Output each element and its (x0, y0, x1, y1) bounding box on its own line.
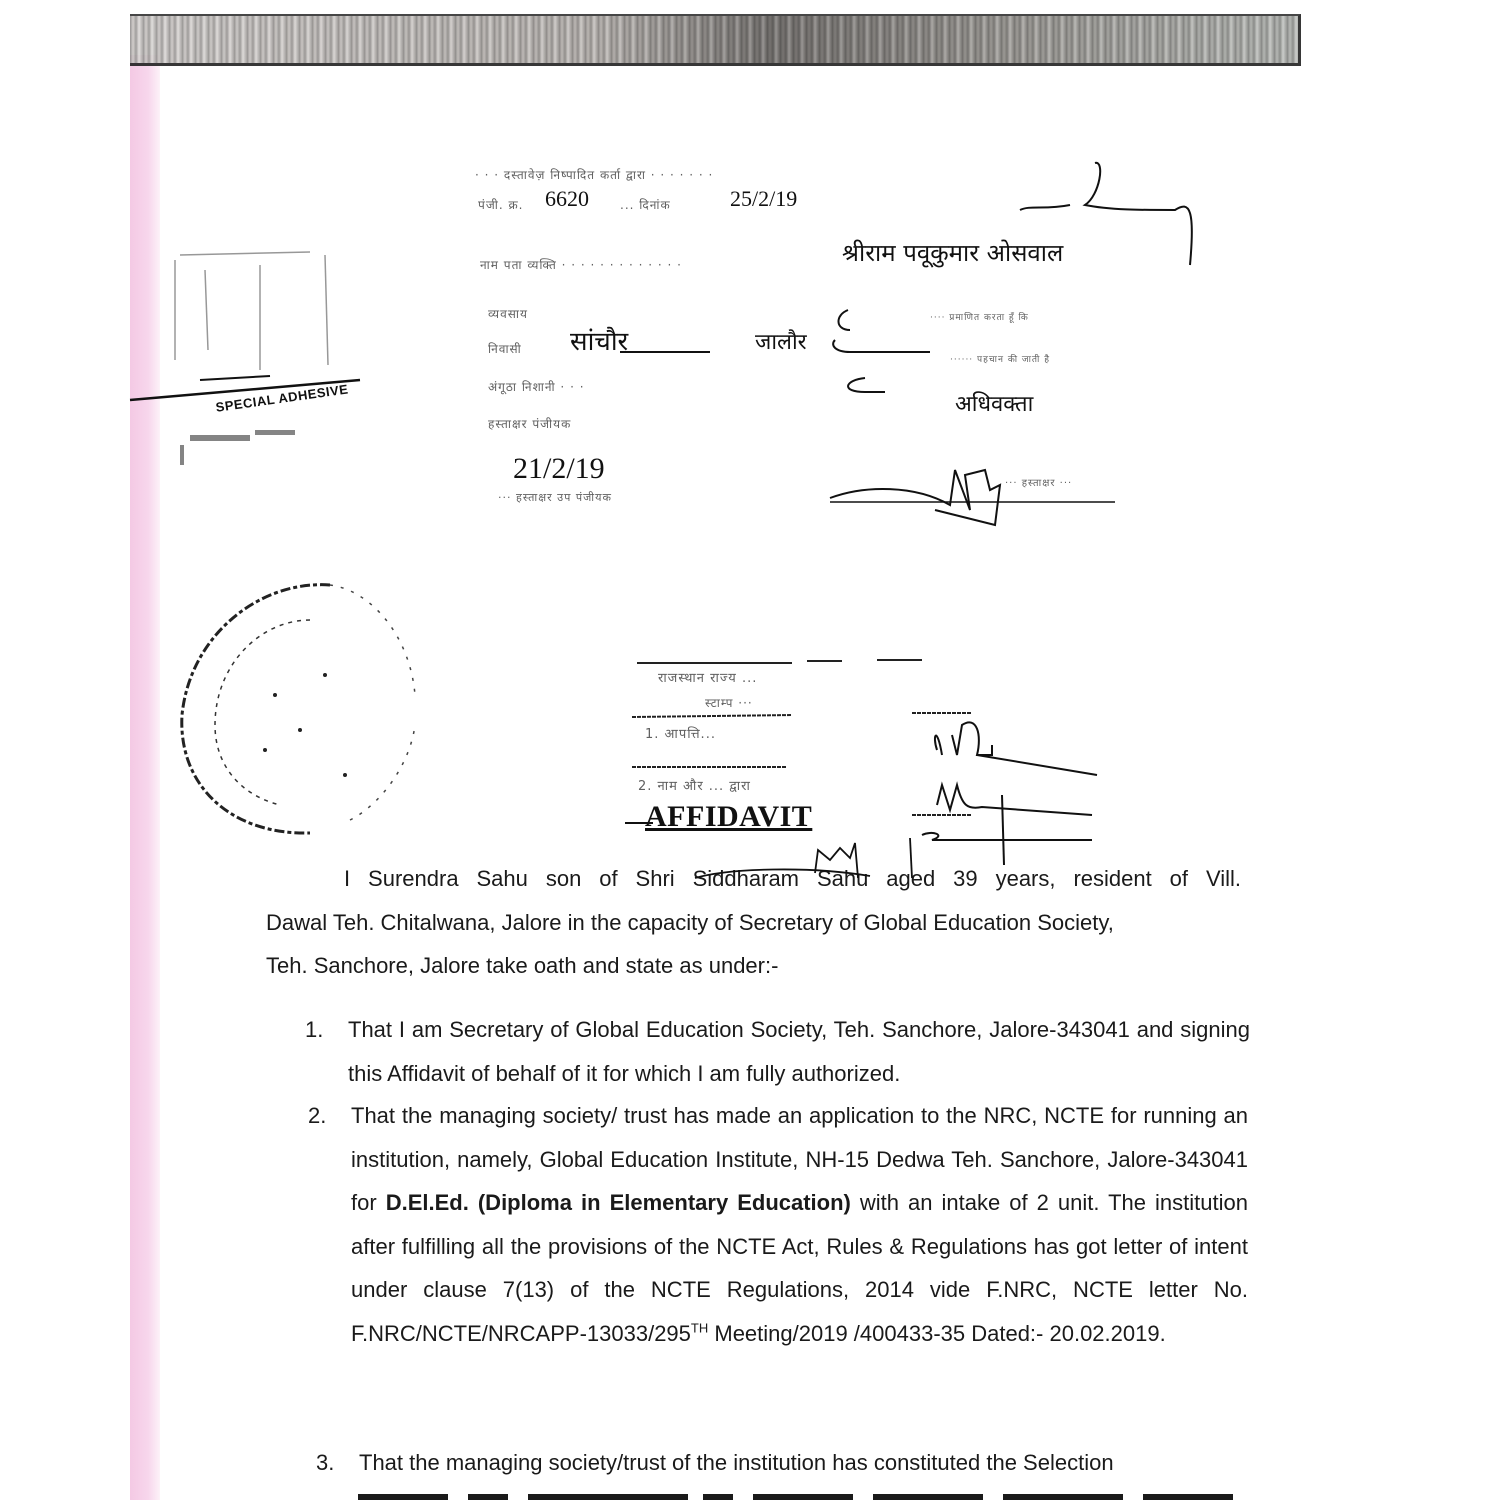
registration-line-2: पंजी. क्र. (478, 196, 524, 213)
intro-line-3: Teh. Sanchore, Jalore take oath and stat… (266, 944, 1241, 988)
registration-stamp-item-2: 2. नाम और ... द्वारा (638, 776, 751, 794)
clause-text: That I am Secretary of Global Education … (348, 1008, 1250, 1095)
stamp-paper-edge (130, 55, 160, 1500)
registration-stamp-subheader: स्टाम्प ··· (705, 694, 753, 711)
registration-footer: ··· हस्ताक्षर उप पंजीयक (498, 490, 612, 505)
registration-note-2: ······ पहचान की जाती है (950, 352, 1050, 365)
intro-line-2: Dawal Teh. Chitalwana, Jalore in the cap… (266, 901, 1241, 945)
registration-stamp-header: राजस्थान राज्य ... (658, 668, 757, 686)
program-name: D.El.Ed. (Diploma in Elementary Educatio… (386, 1190, 851, 1215)
affidavit-clause-3: 3. That the managing society/trust of th… (316, 1441, 1251, 1485)
clause-number: 3. (316, 1441, 359, 1485)
clause-number: 1. (305, 1008, 348, 1095)
registration-line-6: अंगूठा निशानी · · · (488, 378, 585, 395)
registration-date: 25/2/19 (730, 186, 797, 212)
affidavit-title: AFFIDAVIT (645, 800, 812, 834)
notary-round-seal (170, 575, 420, 840)
signature-over-name (690, 838, 950, 888)
clause-text: That the managing society/ trust has mad… (351, 1094, 1248, 1355)
cut-off-next-line (358, 1490, 1258, 1500)
registration-date-label: ... दिनांक (620, 196, 671, 213)
handwriting-mark (830, 370, 930, 410)
handwritten-place-2: जालौर (755, 326, 807, 356)
ordinal-suffix: TH (691, 1320, 708, 1335)
registration-line-3: नाम पता व्यक्ति · · · · · · · · · · · · … (480, 256, 682, 273)
stamp-paper-header-band (130, 14, 1301, 66)
registration-line-5: निवासी (488, 340, 522, 357)
handwritten-number: 21/2/19 (513, 452, 605, 486)
registration-note-1: ···· प्रमाणित करता हूँ कि (930, 310, 1029, 323)
revenue-stamp-mark (160, 240, 360, 470)
registration-footer-right: ··· हस्ताक्षर ··· (1005, 475, 1072, 489)
title-strike-mark (625, 820, 655, 826)
clause-number: 2. (308, 1094, 351, 1355)
handwriting-underlines (560, 300, 1160, 360)
clause-text-part: Meeting/2019 /400433-35 Dated:- 20.02.20… (708, 1321, 1165, 1346)
affidavit-clause-2: 2. That the managing society/ trust has … (308, 1094, 1248, 1355)
clause-text: That the managing society/trust of the i… (359, 1441, 1251, 1485)
registration-line-7: हस्ताक्षर पंजीयक (488, 415, 571, 432)
signature-stroke-top (1000, 155, 1210, 275)
affidavit-clause-1: 1. That I am Secretary of Global Educati… (305, 1008, 1250, 1095)
sub-registrar-signature (825, 460, 1125, 540)
registration-stamp-item-1: 1. आपत्ति... (645, 724, 716, 742)
registration-line-1: · · · दस्तावेज़ निष्पादित कर्ता द्वारा ·… (475, 166, 713, 183)
serial-number: 6620 (545, 186, 589, 212)
registration-line-4: व्यवसाय (488, 305, 528, 322)
handwritten-advocate: अधिवक्ता (955, 388, 1033, 418)
